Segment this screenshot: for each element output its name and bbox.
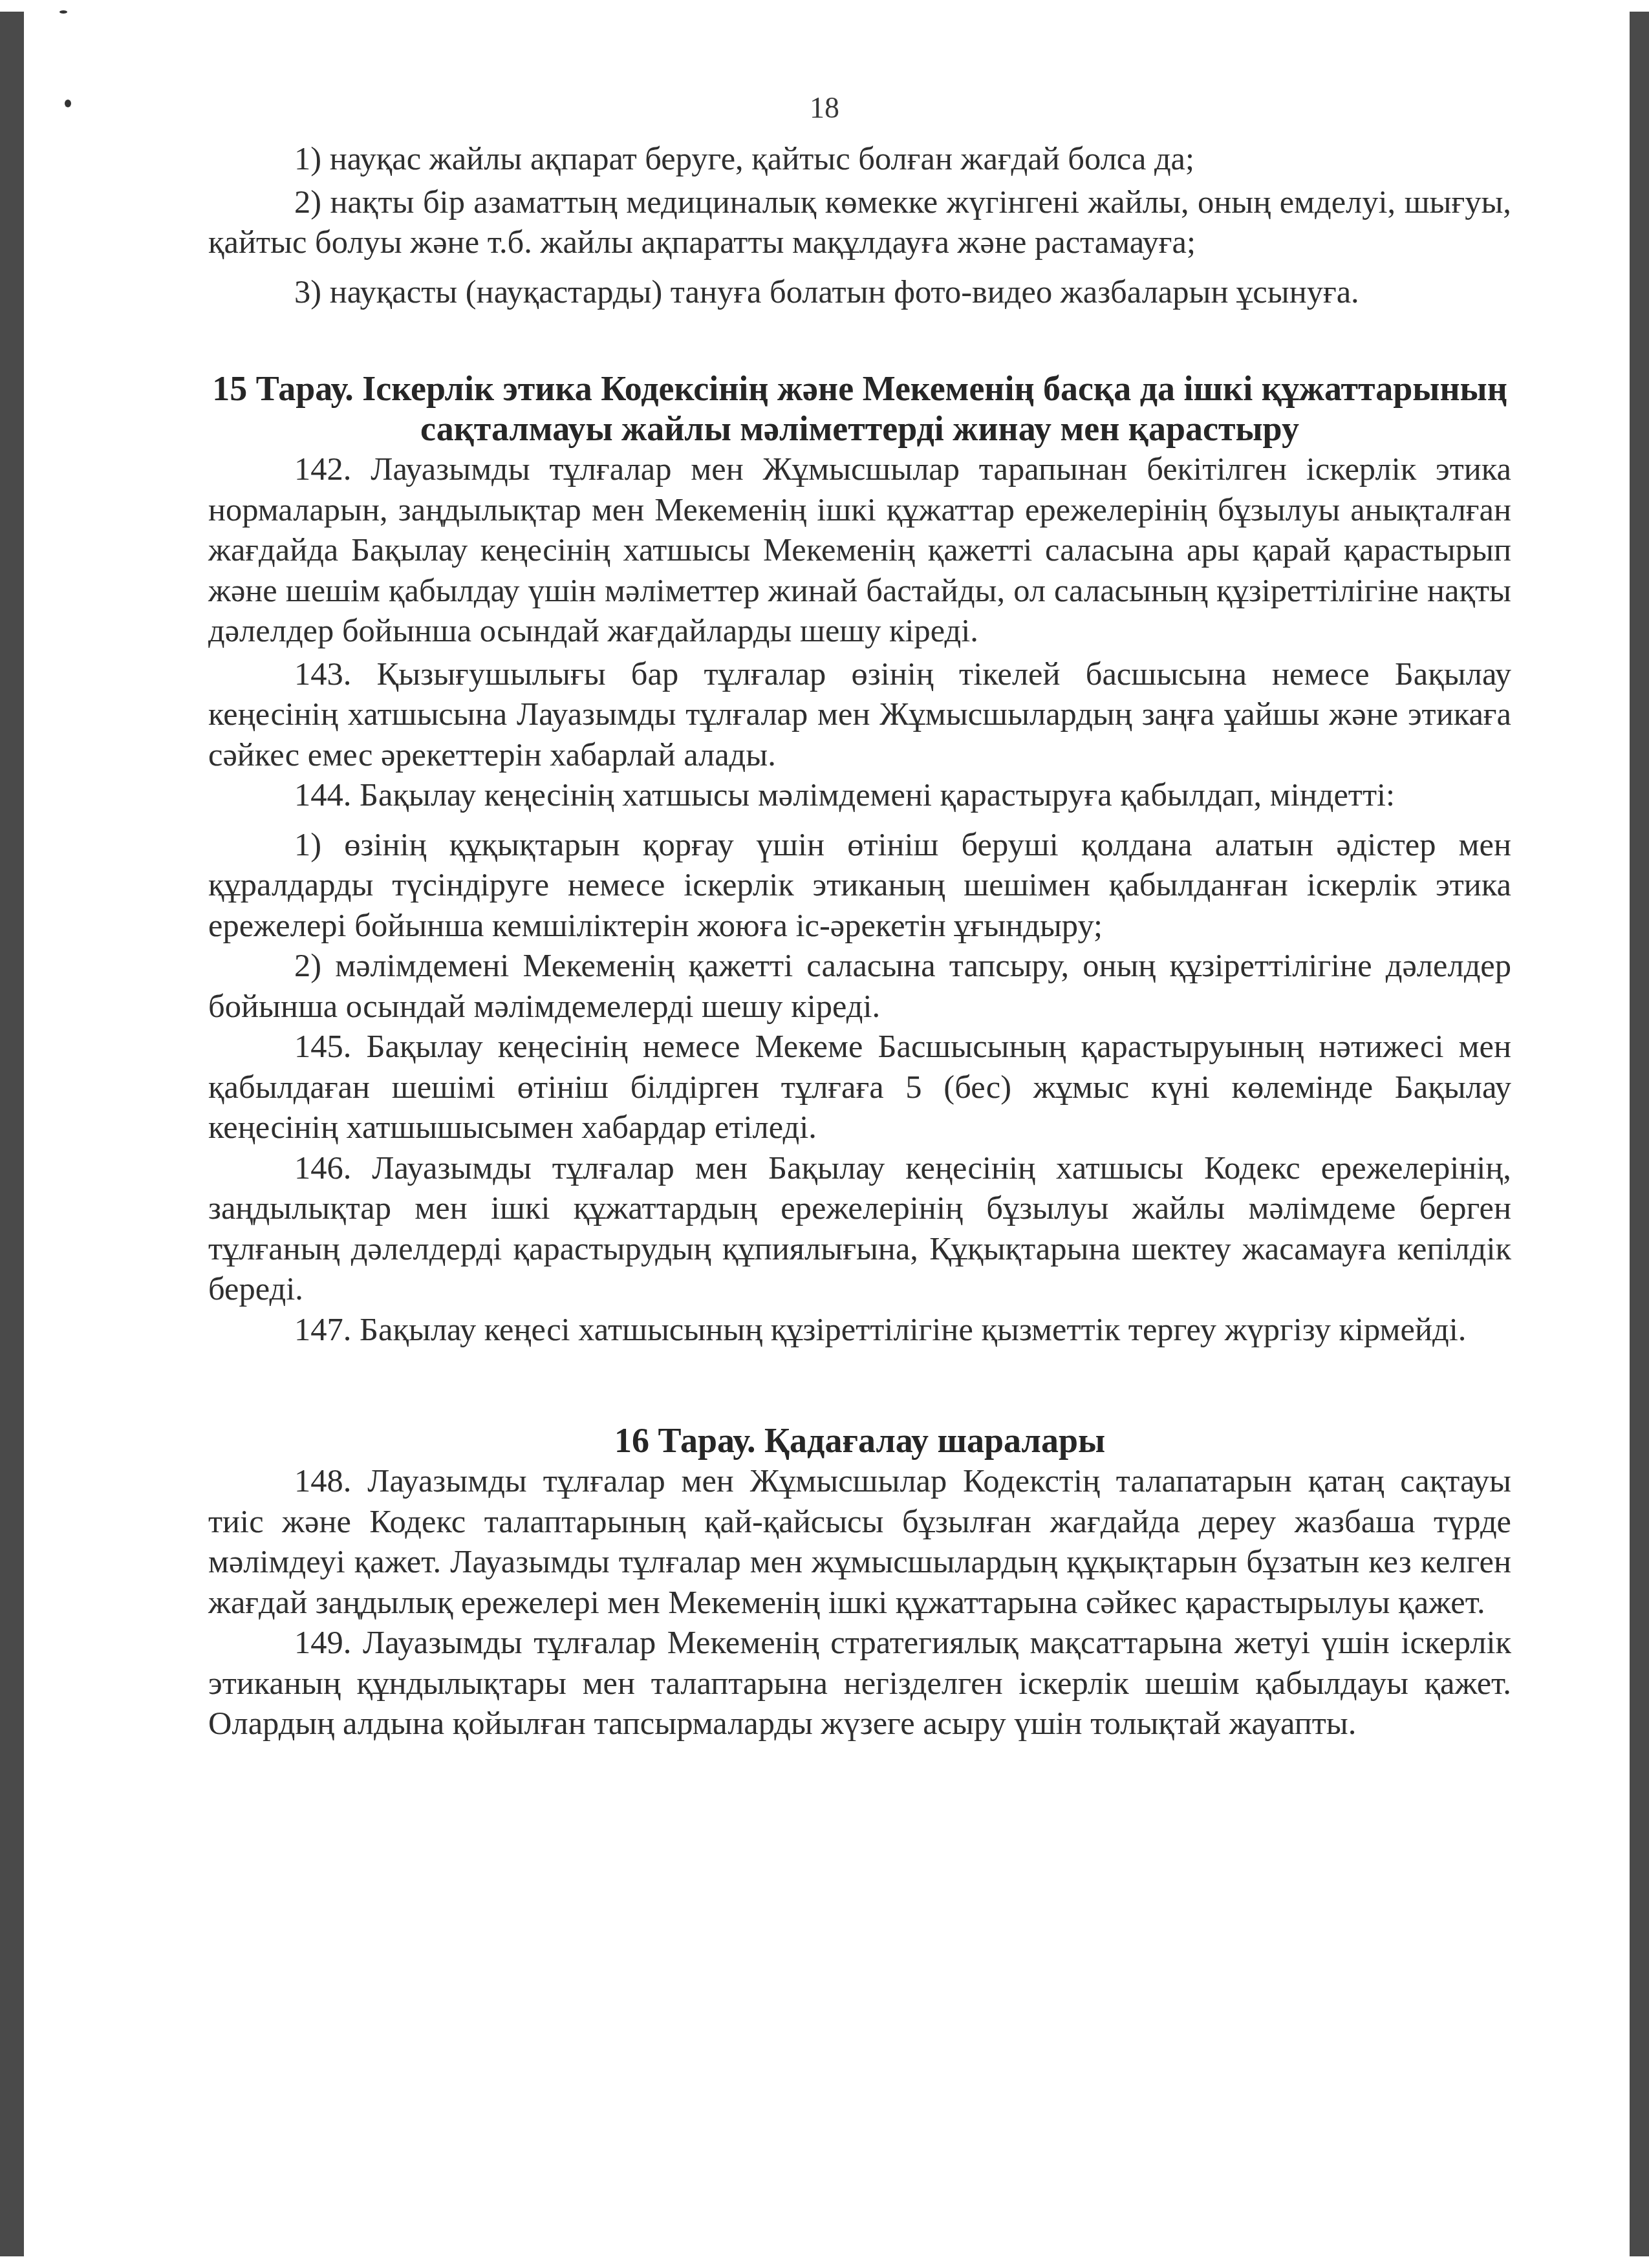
scan-speck <box>59 10 67 14</box>
document-body: 1) науқас жайлы ақпарат беруге, қайтыс б… <box>208 138 1511 1744</box>
list-item-1: 1) науқас жайлы ақпарат беруге, қайтыс б… <box>208 138 1511 179</box>
paragraph-149: 149. Лауазымды тұлғалар Мекеменің страте… <box>208 1622 1511 1744</box>
page-number: 18 <box>0 91 1649 125</box>
paragraph-146: 146. Лауазымды тұлғалар мен Бақылау кеңе… <box>208 1148 1511 1309</box>
section-15-heading: 15 Тарау. Іскерлік этика Кодексінің және… <box>208 369 1511 449</box>
list-item-3: 3) науқасты (науқастарды) тануға болатын… <box>208 272 1511 312</box>
paragraph-148: 148. Лауазымды тұлғалар мен Жұмысшылар К… <box>208 1460 1511 1622</box>
paragraph-144-item-1: 1) өзінің құқықтарын қорғау үшін өтініш … <box>208 824 1511 946</box>
paragraph-144-item-2: 2) мәлімдемені Мекеменің қажетті саласын… <box>208 945 1511 1026</box>
paragraph-145: 145. Бақылау кеңесінің немесе Мекеме Бас… <box>208 1026 1511 1148</box>
scan-edge-left <box>0 12 24 2256</box>
paragraph-144: 144. Бақылау кеңесінің хатшысы мәлімдеме… <box>208 775 1511 815</box>
scan-edge-right <box>1630 12 1649 2256</box>
section-16-heading: 16 Тарау. Қадағалау шаралары <box>208 1420 1511 1460</box>
list-item-2: 2) нақты бір азаматтың медициналық көмек… <box>208 182 1511 262</box>
paragraph-142: 142. Лауазымды тұлғалар мен Жұмысшылар т… <box>208 449 1511 651</box>
paragraph-147: 147. Бақылау кеңесі хатшысының құзіретті… <box>208 1309 1511 1350</box>
paragraph-143: 143. Қызығушылығы бар тұлғалар өзінің ті… <box>208 654 1511 775</box>
